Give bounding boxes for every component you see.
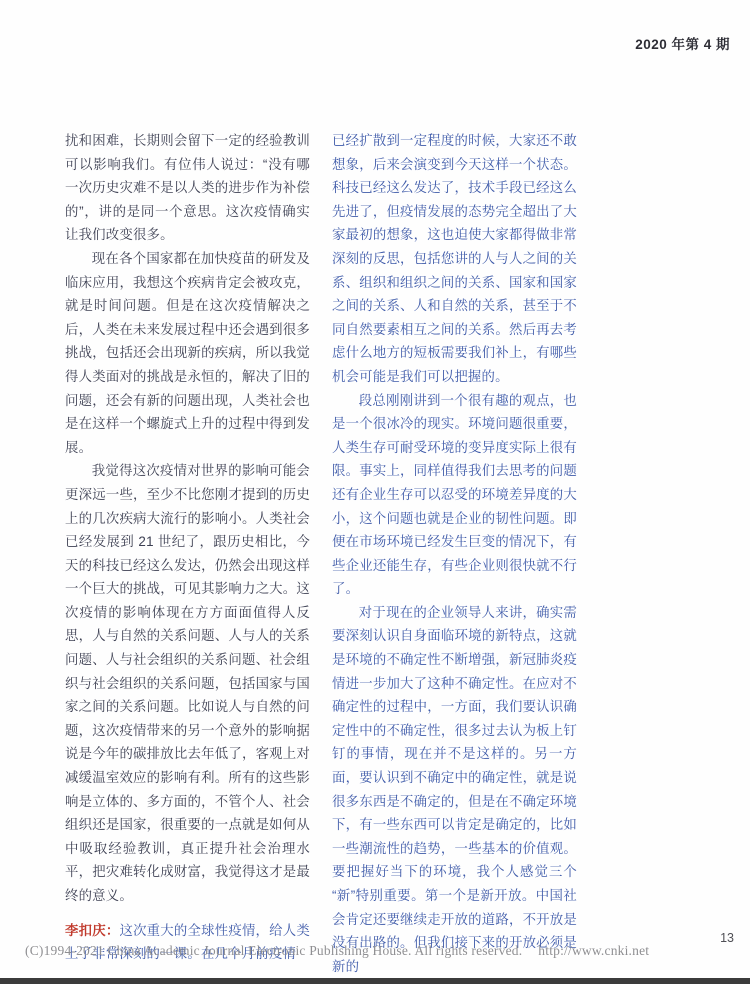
copyright-text: (C)1994-2021 China Academic Journal Elec… [25,943,522,958]
right-paragraph-1: 已经扩散到一定程度的时候，大家还不敢想象，后来会演变到今天这样一个状态。科技已经… [332,129,577,389]
left-paragraph-2: 现在各个国家都在加快疫苗的研发及临床应用，我想这个疾病肯定会被攻克，就是时间问题… [65,247,310,459]
right-paragraph-3: 对于现在的企业领导人来讲，确实需要深刻认识自身面临环境的新特点，这就是环境的不确… [332,601,577,979]
right-paragraph-2: 段总刚刚讲到一个很有趣的观点，也是一个很冰冷的现实。环境问题很重要，人类生存可耐… [332,389,577,601]
scan-bottom-edge [0,978,750,984]
journal-page-scan: 2020 年第 4 期 扰和困难，长期则会留下一定的经验教训可以影响我们。有位伟… [0,0,750,984]
page-number: 13 [720,931,734,945]
right-column: 已经扩散到一定程度的时候，大家还不敢想象，后来会演变到今天这样一个状态。科技已经… [332,129,577,978]
left-paragraph-3: 我觉得这次疫情对世界的影响可能会更深远一些，至少不比您刚才提到的历史上的几次疾病… [65,459,310,907]
left-paragraph-1: 扰和困难，长期则会留下一定的经验教训可以影响我们。有位伟人说过：“没有哪一次历史… [65,129,310,247]
left-column: 扰和困难，长期则会留下一定的经验教训可以影响我们。有位伟人说过：“没有哪一次历史… [65,129,310,978]
speaker-name: 李扣庆： [65,923,119,938]
article-body: 扰和困难，长期则会留下一定的经验教训可以影响我们。有位伟人说过：“没有哪一次历史… [65,129,577,978]
cnki-url: http://www.cnki.net [538,943,649,958]
copyright-footer: (C)1994-2021 China Academic Journal Elec… [25,943,649,959]
journal-issue-label: 2020 年第 4 期 [635,33,730,53]
